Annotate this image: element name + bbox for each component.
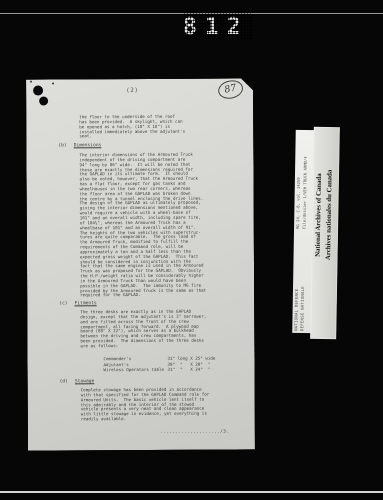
section-heading-stowage: (d)Stowage — [60, 379, 95, 384]
section-title: Fitments — [75, 301, 97, 306]
dust-speck — [30, 81, 32, 83]
desk-dims: 31" " X 24" " — [168, 367, 216, 373]
section-label: (d) — [60, 379, 68, 384]
document-page: (2) 87 the floor to the underside of the… — [26, 78, 255, 450]
dust-speck — [52, 82, 54, 84]
section-label: (c) — [59, 301, 67, 306]
desk-name: Wireless Operators table — [104, 367, 168, 373]
desk-dimensions-table: Commander's31" long X 25" wide Adjutant'… — [103, 356, 215, 373]
section-body-fitments: The three desks are exactly as in the GA… — [80, 310, 206, 349]
section-heading-fitments: (c)Fitments — [59, 301, 96, 306]
section-title: Stowage — [75, 379, 94, 384]
section-label: (b) — [58, 143, 66, 148]
reference-text: RG 24, C-8, vol. 14259 File/dossier 1/VE… — [295, 137, 314, 229]
film-frame-bottom-line — [0, 491, 383, 493]
section-body-stowage: Complete stowage has been provided in ac… — [81, 388, 210, 423]
microfilm-scan: { "film": { "frame_number": "812" }, "do… — [0, 0, 383, 500]
table-row: Wireless Operators table31" " X 24" " — [104, 367, 216, 373]
defence-en: NATIONAL DEFENCE — [293, 289, 299, 331]
archives-en: National Archives of Canada — [315, 173, 323, 257]
handwritten-folio-stamp: 87 — [216, 78, 244, 101]
dot-matrix-overlay — [183, 13, 253, 41]
continuation-mark: ..................../3. — [160, 430, 229, 435]
defence-fr: DEFENSE NATIONALE — [299, 286, 305, 331]
section-heading-dimensions: (b)Dimensions — [58, 143, 101, 148]
punch-hole — [39, 96, 48, 105]
archives-fr: Archives nationales du Canada — [325, 170, 334, 260]
national-archives-strip: National Archives of CanadaArchives nati… — [310, 127, 340, 339]
section-title: Dimensions — [74, 143, 102, 148]
national-archives-label: National Archives of CanadaArchives nati… — [313, 159, 337, 271]
intro-paragraph: the floor to the underside of the roof h… — [79, 115, 185, 140]
page-number: (2) — [126, 87, 138, 94]
section-body-dimensions: The interior dimensions of the Armoured … — [79, 153, 206, 299]
national-defence-label: NATIONAL DEFENCEDEFENSE NATIONALE — [293, 277, 311, 331]
punch-hole — [33, 86, 43, 96]
